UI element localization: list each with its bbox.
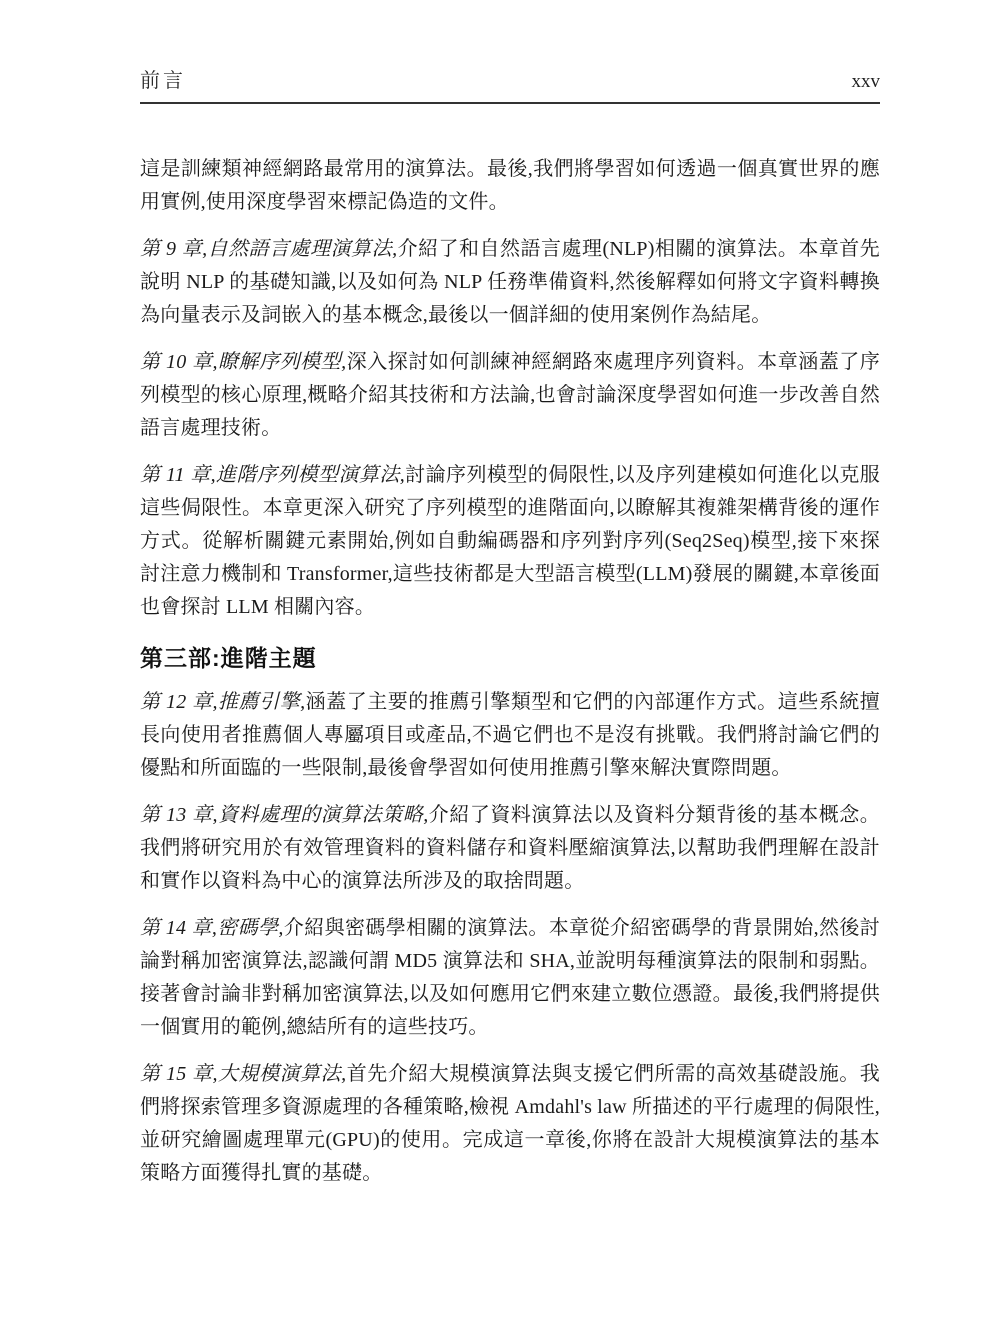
paragraph-text: 這是訓練類神經網路最常用的演算法。最後,我們將學習如何透過一個真實世界的應用實例… xyxy=(140,158,880,213)
part-three-heading: 第三部:進階主題 xyxy=(140,642,880,674)
chapter-9-title: 第 9 章,自然語言處理演算法, xyxy=(140,238,397,260)
page-header: 前言 xxv xyxy=(140,70,880,93)
chapter-15-title: 第 15 章,大規模演算法, xyxy=(140,1063,346,1085)
chapter-12-title: 第 12 章,推薦引擎, xyxy=(140,691,305,713)
paragraph-chapter-15: 第 15 章,大規模演算法,首先介紹大規模演算法與支援它們所需的高效基礎設施。我… xyxy=(140,1058,880,1190)
paragraph-chapter-11: 第 11 章,進階序列模型演算法,討論序列模型的侷限性,以及序列建模如何進化以克… xyxy=(140,459,880,624)
paragraph-chapter-9: 第 9 章,自然語言處理演算法,介紹了和自然語言處理(NLP)相關的演算法。本章… xyxy=(140,233,880,332)
paragraph-chapter-13: 第 13 章,資料處理的演算法策略,介紹了資料演算法以及資料分類背後的基本概念。… xyxy=(140,799,880,898)
paragraph-chapter-12: 第 12 章,推薦引擎,涵蓋了主要的推薦引擎類型和它們的內部運作方式。這些系統擅… xyxy=(140,686,880,785)
chapter-10-title: 第 10 章,瞭解序列模型, xyxy=(140,351,346,373)
book-page: 前言 xxv 這是訓練類神經網路最常用的演算法。最後,我們將學習如何透過一個真實… xyxy=(0,0,1000,1341)
paragraph-intro-continuation: 這是訓練類神經網路最常用的演算法。最後,我們將學習如何透過一個真實世界的應用實例… xyxy=(140,153,880,219)
page-content: 前言 xxv 這是訓練類神經網路最常用的演算法。最後,我們將學習如何透過一個真實… xyxy=(0,0,1000,1190)
header-rule xyxy=(140,102,880,104)
page-number: xxv xyxy=(852,70,881,93)
body-text: 這是訓練類神經網路最常用的演算法。最後,我們將學習如何透過一個真實世界的應用實例… xyxy=(140,153,880,1190)
chapter-11-title: 第 11 章,進階序列模型演算法, xyxy=(140,464,405,486)
chapter-14-title: 第 14 章,密碼學, xyxy=(140,917,284,939)
paragraph-chapter-10: 第 10 章,瞭解序列模型,深入探討如何訓練神經網路來處理序列資料。本章涵蓋了序… xyxy=(140,346,880,445)
running-head: 前言 xyxy=(140,70,186,93)
chapter-13-title: 第 13 章,資料處理的演算法策略, xyxy=(140,804,428,826)
paragraph-chapter-14: 第 14 章,密碼學,介紹與密碼學相關的演算法。本章從介紹密碼學的背景開始,然後… xyxy=(140,912,880,1044)
paragraph-text: 討論序列模型的侷限性,以及序列建模如何進化以克服這些侷限性。本章更深入研究了序列… xyxy=(140,464,880,618)
